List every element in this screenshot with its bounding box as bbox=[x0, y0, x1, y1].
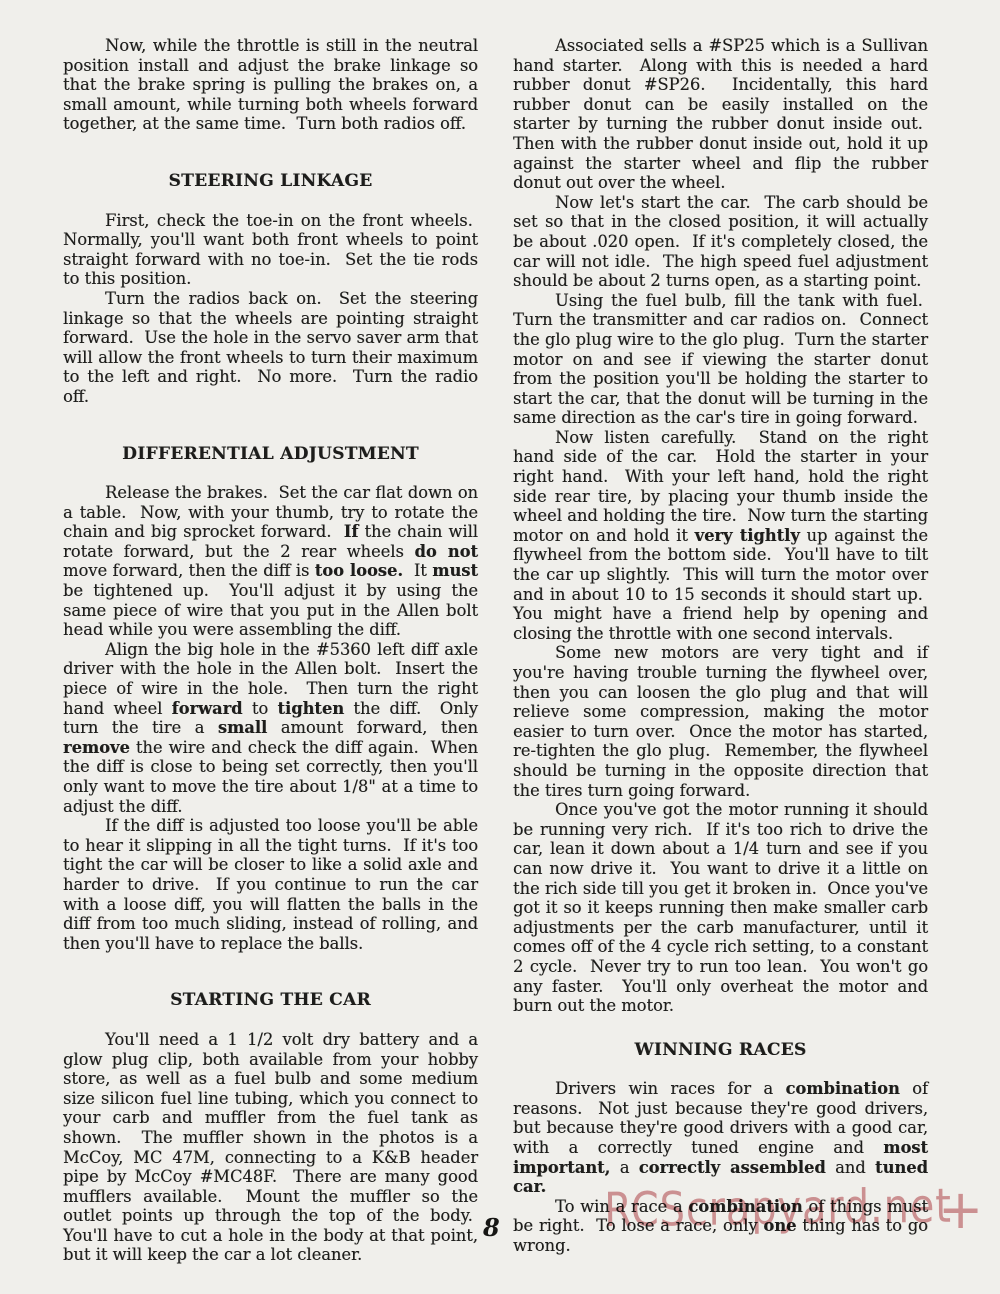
paragraph: Turn the radios back on. Set the steerin… bbox=[63, 289, 478, 407]
paragraph: Now, while the throttle is still in the … bbox=[63, 36, 478, 134]
section-heading: STEERING LINKAGE bbox=[63, 172, 478, 192]
watermark: RCScrapyard.net bbox=[604, 1179, 952, 1238]
paragraph: If the diff is adjusted too loose you'll… bbox=[63, 816, 478, 953]
paragraph: Some new motors are very tight and if yo… bbox=[513, 643, 928, 800]
section-heading: STARTING THE CAR bbox=[63, 991, 478, 1011]
paragraph: First, check the toe-in on the front whe… bbox=[63, 211, 478, 289]
paragraph: You'll need a 1 1/2 volt dry battery and… bbox=[63, 1030, 478, 1265]
left-column: Now, while the throttle is still in the … bbox=[63, 36, 478, 1265]
paragraph: Release the brakes. Set the car flat dow… bbox=[63, 483, 478, 640]
paragraph: Once you've got the motor running it sho… bbox=[513, 800, 928, 1016]
section-heading: WINNING RACES bbox=[513, 1041, 928, 1061]
page-number: 8 bbox=[483, 1213, 500, 1242]
paragraph: Now listen carefully. Stand on the right… bbox=[513, 428, 928, 644]
document-page: Now, while the throttle is still in the … bbox=[0, 0, 1000, 1294]
paragraph: Align the big hole in the #5360 left dif… bbox=[63, 640, 478, 816]
section-heading: DIFFERENTIAL ADJUSTMENT bbox=[63, 445, 478, 465]
paragraph: Now let's start the car. The carb should… bbox=[513, 193, 928, 291]
right-column: Associated sells a #SP25 which is a Sull… bbox=[513, 36, 928, 1256]
paragraph: Associated sells a #SP25 which is a Sull… bbox=[513, 36, 928, 193]
watermark-plus-mark: + bbox=[938, 1178, 983, 1241]
paragraph: Using the fuel bulb, fill the tank with … bbox=[513, 291, 928, 428]
